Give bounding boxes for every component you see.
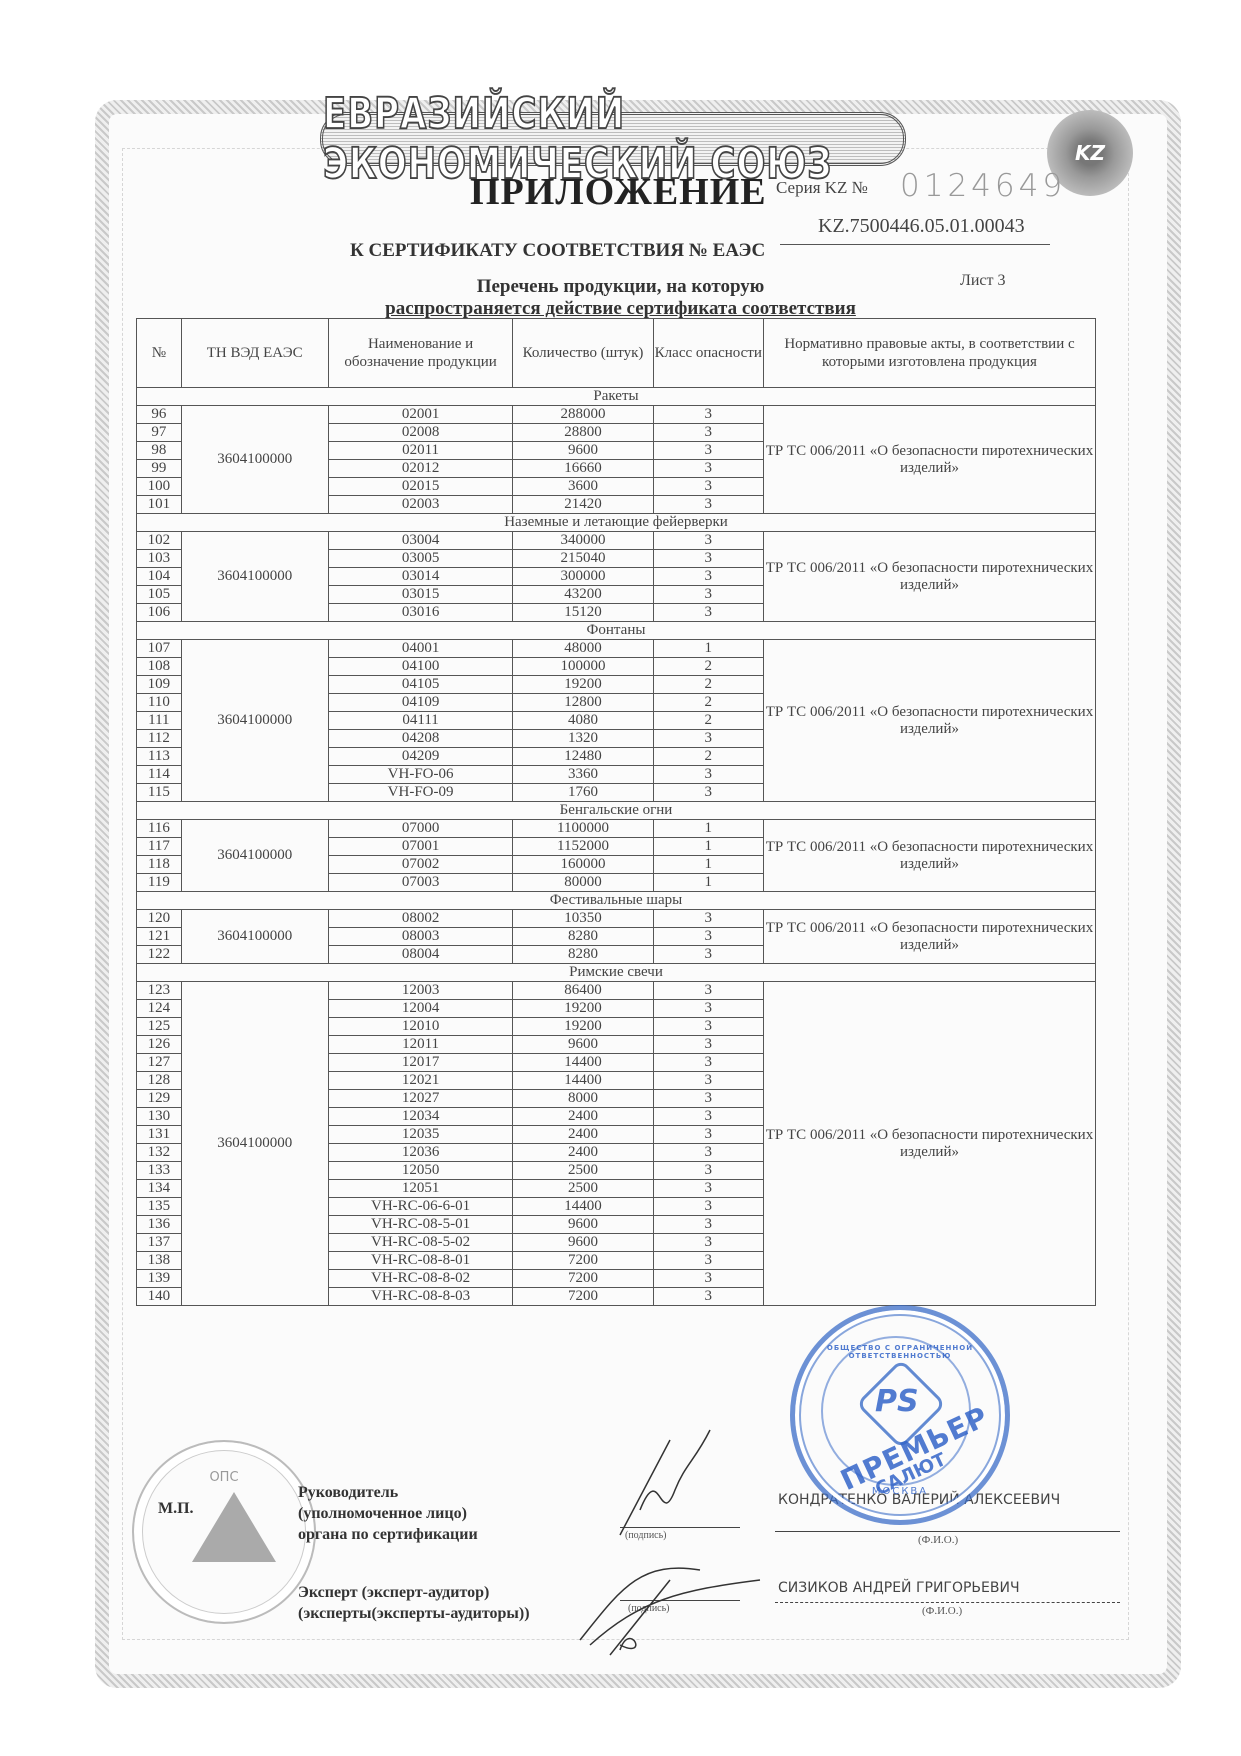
series-label: Серия KZ № xyxy=(776,178,868,198)
hazard-class: 3 xyxy=(653,766,763,784)
row-number: 107 xyxy=(137,640,182,658)
page-title: ПРИЛОЖЕНИЕ xyxy=(470,170,767,214)
head-signature xyxy=(600,1420,720,1540)
hazard-class: 3 xyxy=(653,1234,763,1252)
row-number: 109 xyxy=(137,676,182,694)
quantity: 9600 xyxy=(513,1216,653,1234)
quantity: 8280 xyxy=(513,928,653,946)
hazard-class: 1 xyxy=(653,856,763,874)
products-table: № ТН ВЭД ЕАЭС Наименование и обозначение… xyxy=(136,318,1096,1306)
product-name: 04100 xyxy=(328,658,513,676)
quantity: 43200 xyxy=(513,586,653,604)
table-row: 11636041000000700011000001ТР ТС 006/2011… xyxy=(137,820,1096,838)
product-name: VH-RC-06-6-01 xyxy=(328,1198,513,1216)
quantity: 7200 xyxy=(513,1252,653,1270)
quantity: 160000 xyxy=(513,856,653,874)
quantity: 14400 xyxy=(513,1054,653,1072)
quantity: 10350 xyxy=(513,910,653,928)
hazard-class: 3 xyxy=(653,1072,763,1090)
hazard-class: 1 xyxy=(653,640,763,658)
row-number: 128 xyxy=(137,1072,182,1090)
hazard-class: 3 xyxy=(653,406,763,424)
product-name: 04001 xyxy=(328,640,513,658)
quantity: 7200 xyxy=(513,1270,653,1288)
row-number: 98 xyxy=(137,442,182,460)
product-name: 02003 xyxy=(328,496,513,514)
row-number: 129 xyxy=(137,1090,182,1108)
tn-ved-code: 3604100000 xyxy=(181,406,328,514)
hazard-class: 3 xyxy=(653,1252,763,1270)
certification-body-stamp: ОПС xyxy=(132,1440,316,1624)
hazard-class: 2 xyxy=(653,712,763,730)
row-number: 102 xyxy=(137,532,182,550)
cert-number: KZ.7500446.05.01.00043 xyxy=(818,215,1025,238)
row-number: 96 xyxy=(137,406,182,424)
cert-number-underline xyxy=(780,244,1050,245)
row-number: 110 xyxy=(137,694,182,712)
hazard-class: 2 xyxy=(653,676,763,694)
product-name: 12021 xyxy=(328,1072,513,1090)
product-name: 02012 xyxy=(328,460,513,478)
hazard-class: 3 xyxy=(653,460,763,478)
product-name: 12004 xyxy=(328,1000,513,1018)
hazard-class: 3 xyxy=(653,1144,763,1162)
quantity: 300000 xyxy=(513,568,653,586)
certificate-page: ЕВРАЗИЙСКИЙ ЭКОНОМИЧЕСКИЙ СОЮЗ KZ ПРИЛОЖ… xyxy=(0,0,1241,1756)
hazard-class: 2 xyxy=(653,748,763,766)
row-number: 113 xyxy=(137,748,182,766)
union-banner: ЕВРАЗИЙСКИЙ ЭКОНОМИЧЕСКИЙ СОЮЗ xyxy=(320,112,906,166)
hazard-class: 3 xyxy=(653,982,763,1000)
quantity: 2400 xyxy=(513,1144,653,1162)
product-name: 04109 xyxy=(328,694,513,712)
expert-signature xyxy=(560,1550,780,1660)
row-number: 116 xyxy=(137,820,182,838)
table-row: 1023604100000030043400003ТР ТС 006/2011 … xyxy=(137,532,1096,550)
seal-place-label: М.П. xyxy=(158,1500,194,1518)
category-label: Наземные и летающие фейерверки xyxy=(137,514,1096,532)
quantity: 12480 xyxy=(513,748,653,766)
hazard-class: 1 xyxy=(653,820,763,838)
product-name: 12003 xyxy=(328,982,513,1000)
row-number: 133 xyxy=(137,1162,182,1180)
row-number: 131 xyxy=(137,1126,182,1144)
product-name: 02015 xyxy=(328,478,513,496)
quantity: 1320 xyxy=(513,730,653,748)
product-name: 12017 xyxy=(328,1054,513,1072)
head-fio-caption: (Ф.И.О.) xyxy=(918,1534,958,1546)
product-name: 12050 xyxy=(328,1162,513,1180)
quantity: 14400 xyxy=(513,1072,653,1090)
row-number: 97 xyxy=(137,424,182,442)
hazard-class: 3 xyxy=(653,1018,763,1036)
hazard-class: 2 xyxy=(653,694,763,712)
category-label: Римские свечи xyxy=(137,964,1096,982)
hazard-class: 3 xyxy=(653,1126,763,1144)
product-name: 03016 xyxy=(328,604,513,622)
product-name: 08003 xyxy=(328,928,513,946)
quantity: 215040 xyxy=(513,550,653,568)
row-number: 106 xyxy=(137,604,182,622)
row-number: 108 xyxy=(137,658,182,676)
quantity: 21420 xyxy=(513,496,653,514)
quantity: 2500 xyxy=(513,1180,653,1198)
category-label: Бенгальские огни xyxy=(137,802,1096,820)
category-row: Фестивальные шары xyxy=(137,892,1096,910)
row-number: 115 xyxy=(137,784,182,802)
quantity: 16660 xyxy=(513,460,653,478)
hazard-class: 3 xyxy=(653,496,763,514)
category-row: Ракеты xyxy=(137,388,1096,406)
product-name: 12051 xyxy=(328,1180,513,1198)
quantity: 4080 xyxy=(513,712,653,730)
hazard-class: 3 xyxy=(653,910,763,928)
company-stamp: ОБЩЕСТВО С ОГРАНИЧЕННОЙ ОТВЕТСТВЕННОСТЬЮ… xyxy=(790,1305,1010,1525)
hazard-class: 3 xyxy=(653,1000,763,1018)
quantity: 2500 xyxy=(513,1162,653,1180)
product-name: 04209 xyxy=(328,748,513,766)
hazard-class: 3 xyxy=(653,478,763,496)
product-name: 12027 xyxy=(328,1090,513,1108)
row-number: 103 xyxy=(137,550,182,568)
row-number: 117 xyxy=(137,838,182,856)
row-number: 104 xyxy=(137,568,182,586)
quantity: 100000 xyxy=(513,658,653,676)
product-name: 12034 xyxy=(328,1108,513,1126)
quantity: 48000 xyxy=(513,640,653,658)
quantity: 86400 xyxy=(513,982,653,1000)
product-name: 02001 xyxy=(328,406,513,424)
row-number: 130 xyxy=(137,1108,182,1126)
row-number: 134 xyxy=(137,1180,182,1198)
quantity: 9600 xyxy=(513,442,653,460)
hazard-class: 3 xyxy=(653,928,763,946)
table-row: 123360410000012003864003ТР ТС 006/2011 «… xyxy=(137,982,1096,1000)
product-name: 03004 xyxy=(328,532,513,550)
row-number: 105 xyxy=(137,586,182,604)
regulation: ТР ТС 006/2011 «О безопасности пиротехни… xyxy=(763,910,1095,964)
regulation: ТР ТС 006/2011 «О безопасности пиротехни… xyxy=(763,640,1095,802)
hazard-class: 3 xyxy=(653,1216,763,1234)
cert-label: К СЕРТИФИКАТУ СООТВЕТСТВИЯ № ЕАЭС xyxy=(350,240,765,262)
tn-ved-code: 3604100000 xyxy=(181,982,328,1306)
col-header-name: Наименование и обозначение продукции xyxy=(328,319,513,388)
product-name: 04111 xyxy=(328,712,513,730)
row-number: 120 xyxy=(137,910,182,928)
expert-label: Эксперт (эксперт-аудитор) (эксперты(эксп… xyxy=(298,1582,530,1624)
expert-fio-caption: (Ф.И.О.) xyxy=(922,1605,962,1617)
row-number: 136 xyxy=(137,1216,182,1234)
tn-ved-code: 3604100000 xyxy=(181,820,328,892)
stamp-ops-label: ОПС xyxy=(134,1470,314,1485)
company-city: МОСКВА xyxy=(795,1486,1005,1497)
quantity: 19200 xyxy=(513,1000,653,1018)
quantity: 3360 xyxy=(513,766,653,784)
row-number: 123 xyxy=(137,982,182,1000)
quantity: 12800 xyxy=(513,694,653,712)
expert-name-line xyxy=(775,1602,1120,1603)
hazard-class: 3 xyxy=(653,424,763,442)
quantity: 1152000 xyxy=(513,838,653,856)
head-label: Руководитель (уполномоченное лицо) орган… xyxy=(298,1482,478,1545)
quantity: 19200 xyxy=(513,676,653,694)
hazard-class: 3 xyxy=(653,586,763,604)
hazard-class: 3 xyxy=(653,1090,763,1108)
expert-name: СИЗИКОВ АНДРЕЙ ГРИГОРЬЕВИЧ xyxy=(778,1580,1020,1596)
regulation: ТР ТС 006/2011 «О безопасности пиротехни… xyxy=(763,820,1095,892)
product-name: 07003 xyxy=(328,874,513,892)
product-name: 02008 xyxy=(328,424,513,442)
regulation: ТР ТС 006/2011 «О безопасности пиротехни… xyxy=(763,532,1095,622)
serial-number: 0124649 xyxy=(900,168,1066,204)
row-number: 99 xyxy=(137,460,182,478)
product-name: 07000 xyxy=(328,820,513,838)
category-label: Фестивальные шары xyxy=(137,892,1096,910)
row-number: 126 xyxy=(137,1036,182,1054)
hazard-class: 3 xyxy=(653,1198,763,1216)
table-row: 107360410000004001480001ТР ТС 006/2011 «… xyxy=(137,640,1096,658)
row-number: 100 xyxy=(137,478,182,496)
hazard-class: 3 xyxy=(653,568,763,586)
hazard-class: 3 xyxy=(653,1288,763,1306)
product-name: VH-RC-08-8-03 xyxy=(328,1288,513,1306)
row-number: 114 xyxy=(137,766,182,784)
tn-ved-code: 3604100000 xyxy=(181,640,328,802)
category-row: Бенгальские огни xyxy=(137,802,1096,820)
quantity: 8280 xyxy=(513,946,653,964)
col-header-tn-ved: ТН ВЭД ЕАЭС xyxy=(181,319,328,388)
quantity: 9600 xyxy=(513,1234,653,1252)
hazard-class: 1 xyxy=(653,838,763,856)
row-number: 138 xyxy=(137,1252,182,1270)
tn-ved-code: 3604100000 xyxy=(181,910,328,964)
row-number: 135 xyxy=(137,1198,182,1216)
product-name: 02011 xyxy=(328,442,513,460)
product-name: 03015 xyxy=(328,586,513,604)
quantity: 8000 xyxy=(513,1090,653,1108)
row-number: 111 xyxy=(137,712,182,730)
product-name: 08004 xyxy=(328,946,513,964)
hazard-class: 3 xyxy=(653,550,763,568)
hazard-class: 3 xyxy=(653,1054,763,1072)
col-header-no: № xyxy=(137,319,182,388)
quantity: 2400 xyxy=(513,1108,653,1126)
row-number: 137 xyxy=(137,1234,182,1252)
regulation: ТР ТС 006/2011 «О безопасности пиротехни… xyxy=(763,406,1095,514)
product-name: 03014 xyxy=(328,568,513,586)
category-label: Ракеты xyxy=(137,388,1096,406)
hazard-class: 3 xyxy=(653,532,763,550)
category-row: Фонтаны xyxy=(137,622,1096,640)
hazard-class: 3 xyxy=(653,1036,763,1054)
row-number: 140 xyxy=(137,1288,182,1306)
company-logo-text: PS xyxy=(875,1384,919,1419)
hazard-class: 3 xyxy=(653,1108,763,1126)
product-name: 03005 xyxy=(328,550,513,568)
hazard-class: 3 xyxy=(653,1180,763,1198)
stamp-ring-text: ОБЩЕСТВО С ОГРАНИЧЕННОЙ ОТВЕТСТВЕННОСТЬЮ xyxy=(795,1344,1005,1360)
hazard-class: 1 xyxy=(653,874,763,892)
hazard-class: 3 xyxy=(653,1162,763,1180)
table-row: 120360410000008002103503ТР ТС 006/2011 «… xyxy=(137,910,1096,928)
quantity: 340000 xyxy=(513,532,653,550)
quantity: 28800 xyxy=(513,424,653,442)
row-number: 101 xyxy=(137,496,182,514)
product-name: 12036 xyxy=(328,1144,513,1162)
product-name: 12010 xyxy=(328,1018,513,1036)
category-label: Фонтаны xyxy=(137,622,1096,640)
row-number: 139 xyxy=(137,1270,182,1288)
hazard-class: 3 xyxy=(653,784,763,802)
product-name: 07001 xyxy=(328,838,513,856)
quantity: 1760 xyxy=(513,784,653,802)
product-name: 12011 xyxy=(328,1036,513,1054)
quantity: 2400 xyxy=(513,1126,653,1144)
product-name: 04105 xyxy=(328,676,513,694)
quantity: 15120 xyxy=(513,604,653,622)
product-name: 08002 xyxy=(328,910,513,928)
hazard-class: 3 xyxy=(653,730,763,748)
triangle-icon xyxy=(192,1492,276,1562)
quantity: 19200 xyxy=(513,1018,653,1036)
product-name: VH-FO-09 xyxy=(328,784,513,802)
product-name: VH-RC-08-5-01 xyxy=(328,1216,513,1234)
product-name: VH-FO-06 xyxy=(328,766,513,784)
product-name: 12035 xyxy=(328,1126,513,1144)
hazard-class: 2 xyxy=(653,658,763,676)
product-name: VH-RC-08-8-02 xyxy=(328,1270,513,1288)
quantity: 288000 xyxy=(513,406,653,424)
col-header-class: Класс опасности xyxy=(653,319,763,388)
hazard-class: 3 xyxy=(653,604,763,622)
row-number: 122 xyxy=(137,946,182,964)
hazard-class: 3 xyxy=(653,1270,763,1288)
row-number: 132 xyxy=(137,1144,182,1162)
row-number: 125 xyxy=(137,1018,182,1036)
hazard-class: 3 xyxy=(653,946,763,964)
product-name: VH-RC-08-5-02 xyxy=(328,1234,513,1252)
quantity: 3600 xyxy=(513,478,653,496)
list-title-line1: Перечень продукции, на которую xyxy=(0,276,1241,298)
tn-ved-code: 3604100000 xyxy=(181,532,328,622)
row-number: 112 xyxy=(137,730,182,748)
product-name: 07002 xyxy=(328,856,513,874)
row-number: 124 xyxy=(137,1000,182,1018)
col-header-qty: Количество (штук) xyxy=(513,319,653,388)
hazard-class: 3 xyxy=(653,442,763,460)
category-row: Наземные и летающие фейерверки xyxy=(137,514,1096,532)
quantity: 1100000 xyxy=(513,820,653,838)
table-body: Ракеты963604100000020012880003ТР ТС 006/… xyxy=(137,388,1096,1306)
row-number: 118 xyxy=(137,856,182,874)
table-header-row: № ТН ВЭД ЕАЭС Наименование и обозначение… xyxy=(137,319,1096,388)
quantity: 80000 xyxy=(513,874,653,892)
quantity: 14400 xyxy=(513,1198,653,1216)
row-number: 121 xyxy=(137,928,182,946)
quantity: 7200 xyxy=(513,1288,653,1306)
regulation: ТР ТС 006/2011 «О безопасности пиротехни… xyxy=(763,982,1095,1306)
quantity: 9600 xyxy=(513,1036,653,1054)
list-title-line2: распространяется действие сертификата со… xyxy=(0,298,1241,320)
row-number: 127 xyxy=(137,1054,182,1072)
product-name: VH-RC-08-8-01 xyxy=(328,1252,513,1270)
product-name: 04208 xyxy=(328,730,513,748)
row-number: 119 xyxy=(137,874,182,892)
head-name-line xyxy=(775,1531,1120,1532)
col-header-regulation: Нормативно правовые акты, в соответствии… xyxy=(763,319,1095,388)
category-row: Римские свечи xyxy=(137,964,1096,982)
table-row: 963604100000020012880003ТР ТС 006/2011 «… xyxy=(137,406,1096,424)
